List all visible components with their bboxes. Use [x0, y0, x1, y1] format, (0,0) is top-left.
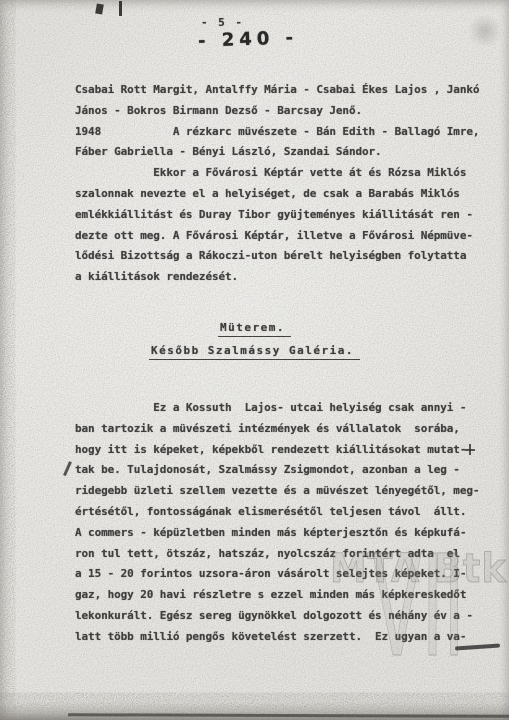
document-page: - 5 - - 240 - Csabai Rott Margit, Antalf… [0, 0, 509, 720]
typed-line: értésétől, fontosságának elismerésétől t… [75, 502, 479, 523]
typed-line: dezte ott meg. A Fővárosi Képtár, illetv… [75, 226, 479, 247]
typed-line: Csabai Rott Margit, Antalffy Mária - Csa… [75, 80, 479, 101]
corner-pen-mark [119, 1, 122, 16]
handwritten-page-number: - 240 - [198, 27, 299, 51]
typed-line: hogy itt is képeket, képekből rendezett … [75, 440, 479, 461]
typed-line: ridegebb üzleti szellem vezette és a müv… [75, 481, 479, 502]
typed-line: emlékkiállitást és Duray Tibor gyüjtemén… [75, 205, 479, 226]
section-heading-text: Később Szalmássy Galéria. [149, 344, 360, 360]
proofreading-mark [63, 461, 71, 476]
typed-line: Ekkor a Fővárosi Képtár vette át és Rózs… [75, 163, 479, 184]
typed-line: Fáber Gabriella - Bényi László, Szandai … [75, 142, 479, 163]
section-heading-galeria: Később Szalmássy Galéria. [0, 339, 509, 360]
typed-line: 1948 A rézkarc müvészete - Bán Edith - B… [75, 122, 479, 143]
typed-line: Ez a Kossuth Lajos- utcai helyiség csak … [75, 398, 479, 419]
typed-line: ban tartozik a müvészeti intézmények és … [75, 419, 479, 440]
corner-pen-mark [95, 3, 104, 14]
section-heading-text: Müterem. [218, 321, 291, 337]
archive-watermark-numeral: VII [372, 538, 465, 678]
section-heading-muterem: Müterem. [0, 316, 509, 337]
proofreading-mark [469, 444, 471, 455]
typed-line: tak be. Tulajdonosát, Szalmássy Zsigmond… [75, 460, 479, 481]
typed-line: a kiállitások rendezését. [75, 267, 479, 288]
typed-page-number: - 5 - [0, 16, 445, 29]
typed-line: szalonnak nevezte el a helyiséget, de cs… [75, 184, 479, 205]
typed-line: lődési Bizottság a Rákoczi-uton bérelt h… [75, 246, 479, 267]
typescript-block-1: Csabai Rott Margit, Antalffy Mária - Csa… [75, 80, 479, 288]
typed-line: János - Bokros Birmann Dezső - Barcsay J… [75, 101, 479, 122]
scan-smudge [468, 14, 502, 48]
